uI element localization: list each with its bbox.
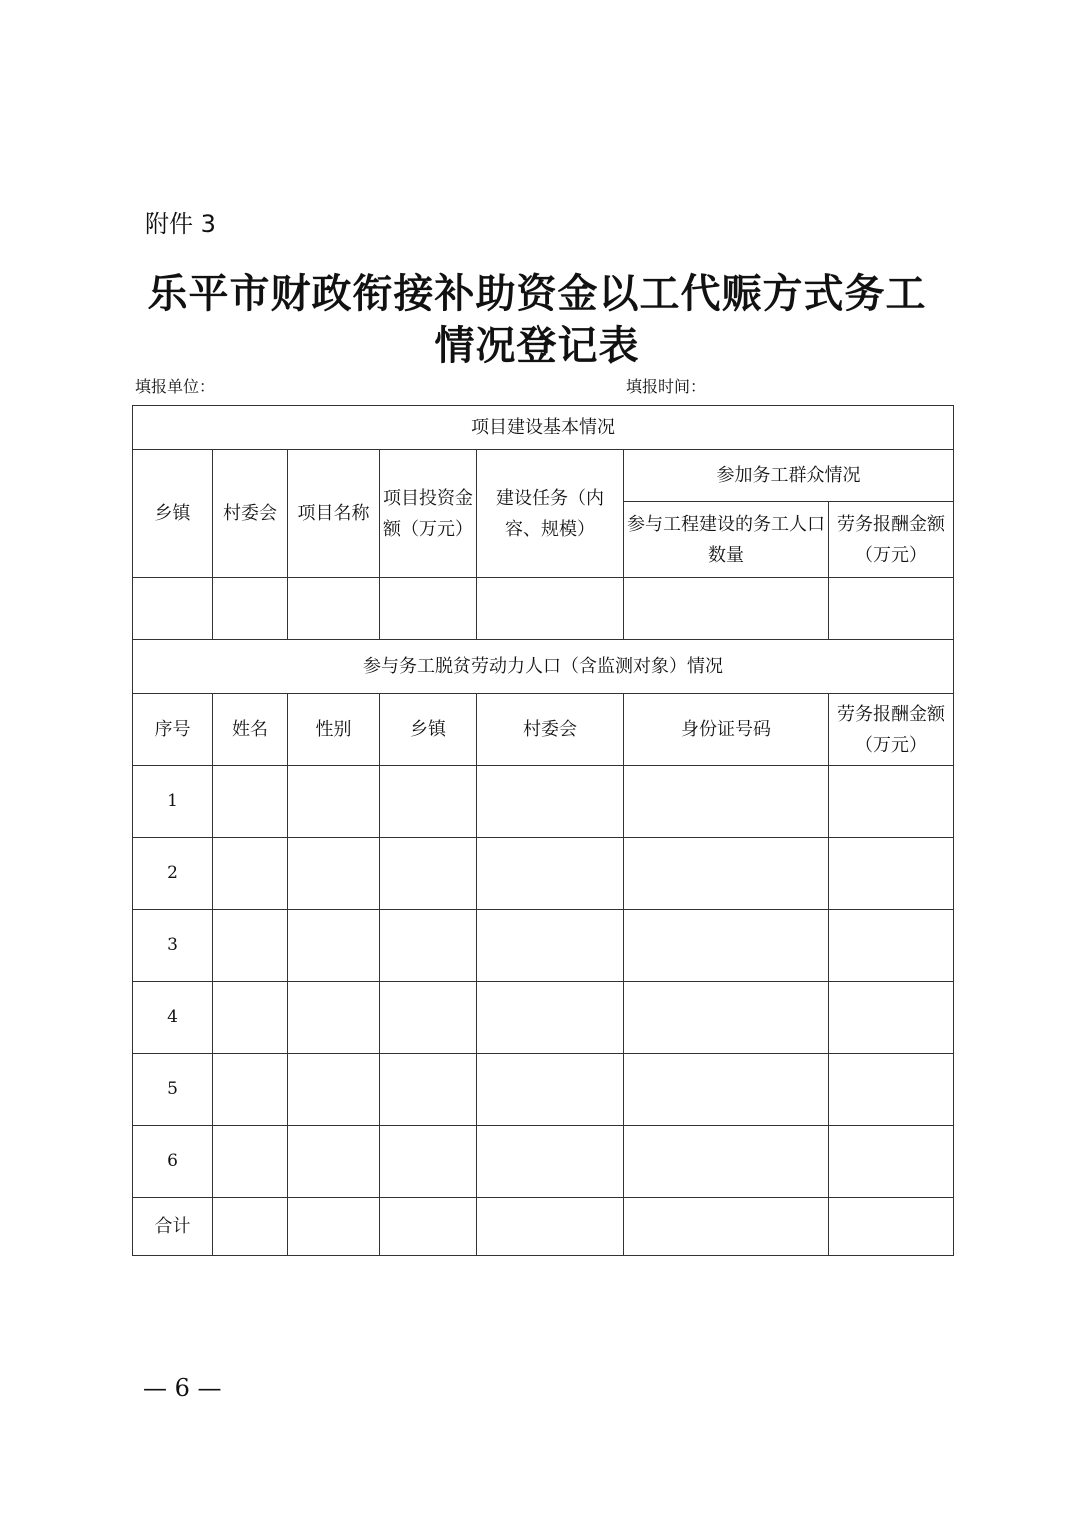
table-row: 4 (133, 982, 954, 1054)
header-index: 序号 (133, 694, 213, 766)
header-township: 乡镇 (133, 450, 213, 578)
cell-pay[interactable] (829, 1126, 954, 1198)
input-cell-worker-count[interactable] (624, 578, 829, 640)
cell-id[interactable] (624, 910, 829, 982)
cell-id[interactable] (624, 982, 829, 1054)
row-index: 5 (133, 1054, 213, 1126)
cell-village[interactable] (477, 766, 624, 838)
cell-name[interactable] (213, 1126, 288, 1198)
row-index: 6 (133, 1126, 213, 1198)
cell-gender[interactable] (288, 1126, 380, 1198)
row-index: 1 (133, 766, 213, 838)
total-row: 合计 (133, 1198, 954, 1256)
input-cell-township[interactable] (133, 578, 213, 640)
header-labor-pay-2: 劳务报酬金额（万元） (829, 694, 954, 766)
input-cell-labor-pay[interactable] (829, 578, 954, 640)
cell-village[interactable] (477, 910, 624, 982)
input-cell-investment[interactable] (380, 578, 477, 640)
cell-name[interactable] (213, 838, 288, 910)
cell-pay[interactable] (829, 838, 954, 910)
header-id-number: 身份证号码 (624, 694, 829, 766)
cell-name[interactable] (213, 910, 288, 982)
section-labor-title: 参与务工脱贫劳动力人口（含监测对象）情况 (133, 640, 954, 694)
cell-id[interactable] (624, 838, 829, 910)
cell-township[interactable] (380, 838, 477, 910)
total-cell[interactable] (477, 1198, 624, 1256)
document-title-line-2: 情况登记表 (0, 314, 1074, 371)
cell-id[interactable] (624, 766, 829, 838)
table-row: 5 (133, 1054, 954, 1126)
header-investment: 项目投资金额（万元） (380, 450, 477, 578)
fill-time-label: 填报时间： (626, 374, 706, 397)
table-row: 6 (133, 1126, 954, 1198)
cell-village[interactable] (477, 838, 624, 910)
cell-gender[interactable] (288, 1054, 380, 1126)
cell-gender[interactable] (288, 838, 380, 910)
cell-pay[interactable] (829, 1054, 954, 1126)
cell-id[interactable] (624, 1126, 829, 1198)
header-participation-group: 参加务工群众情况 (624, 450, 954, 502)
total-cell[interactable] (624, 1198, 829, 1256)
total-cell[interactable] (288, 1198, 380, 1256)
input-cell-village[interactable] (213, 578, 288, 640)
header-project-name: 项目名称 (288, 450, 380, 578)
total-cell[interactable] (380, 1198, 477, 1256)
header-gender: 性别 (288, 694, 380, 766)
cell-township[interactable] (380, 766, 477, 838)
cell-gender[interactable] (288, 982, 380, 1054)
cell-village[interactable] (477, 1126, 624, 1198)
header-name: 姓名 (213, 694, 288, 766)
cell-pay[interactable] (829, 982, 954, 1054)
header-village-committee: 村委会 (213, 450, 288, 578)
cell-pay[interactable] (829, 910, 954, 982)
cell-township[interactable] (380, 1054, 477, 1126)
total-label: 合计 (133, 1198, 213, 1256)
cell-name[interactable] (213, 1054, 288, 1126)
header-construction-task: 建设任务（内容、规模） (477, 450, 624, 578)
registration-table: 项目建设基本情况 乡镇 村委会 项目名称 项目投资金额（万元） 建设任务（内容、… (132, 405, 954, 1256)
cell-id[interactable] (624, 1054, 829, 1126)
header-township-2: 乡镇 (380, 694, 477, 766)
row-index: 2 (133, 838, 213, 910)
cell-gender[interactable] (288, 910, 380, 982)
cell-township[interactable] (380, 982, 477, 1054)
table-row: 1 (133, 766, 954, 838)
cell-township[interactable] (380, 1126, 477, 1198)
attachment-label: 附件 3 (145, 204, 216, 239)
row-index: 4 (133, 982, 213, 1054)
header-worker-count: 参与工程建设的务工人口数量 (624, 502, 829, 578)
project-input-row (133, 578, 954, 640)
page-number: — 6 — (143, 1374, 222, 1402)
input-cell-task[interactable] (477, 578, 624, 640)
input-cell-project-name[interactable] (288, 578, 380, 640)
cell-gender[interactable] (288, 766, 380, 838)
row-index: 3 (133, 910, 213, 982)
cell-township[interactable] (380, 910, 477, 982)
total-cell[interactable] (829, 1198, 954, 1256)
cell-village[interactable] (477, 1054, 624, 1126)
fill-unit-label: 填报单位： (135, 374, 215, 397)
header-labor-pay: 劳务报酬金额（万元） (829, 502, 954, 578)
cell-pay[interactable] (829, 766, 954, 838)
cell-village[interactable] (477, 982, 624, 1054)
total-cell[interactable] (213, 1198, 288, 1256)
table-row: 3 (133, 910, 954, 982)
section-project-basic-title: 项目建设基本情况 (133, 406, 954, 450)
cell-name[interactable] (213, 982, 288, 1054)
cell-name[interactable] (213, 766, 288, 838)
table-row: 2 (133, 838, 954, 910)
document-title-line-1: 乐平市财政衔接补助资金以工代赈方式务工 (0, 262, 1074, 319)
header-village-committee-2: 村委会 (477, 694, 624, 766)
